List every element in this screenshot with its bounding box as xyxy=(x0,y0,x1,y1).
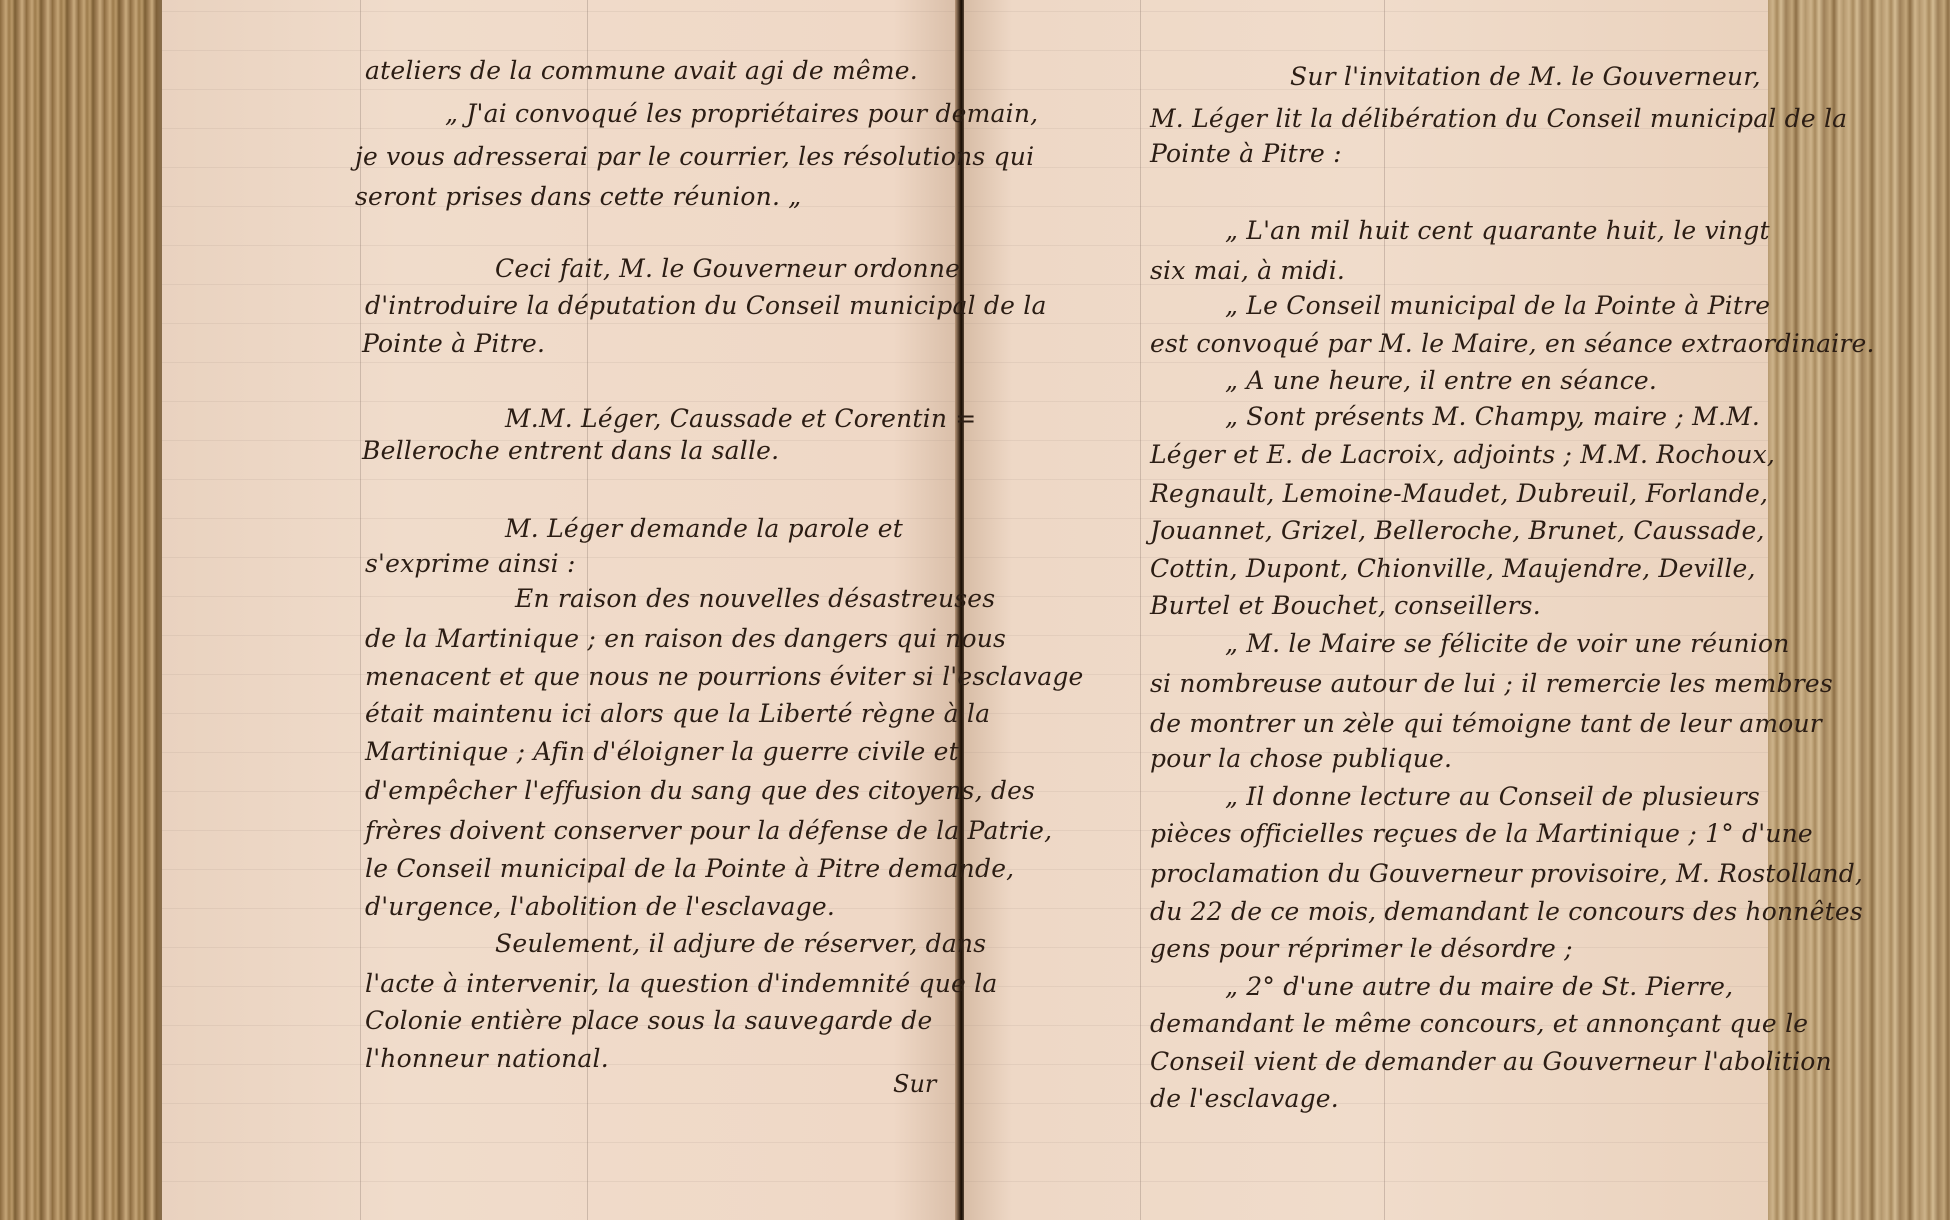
manuscript-line: „ Le Conseil municipal de la Pointe à Pi… xyxy=(1225,287,1770,325)
manuscript-line: Sur l'invitation de M. le Gouverneur, xyxy=(1290,58,1761,96)
manuscript-line: le Conseil municipal de la Pointe à Pitr… xyxy=(365,850,1014,888)
manuscript-line: „ A une heure, il entre en séance. xyxy=(1225,362,1657,400)
manuscript-line: six mai, à midi. xyxy=(1150,252,1345,290)
manuscript-line: „ 2° d'une autre du maire de St. Pierre, xyxy=(1225,968,1733,1006)
manuscript-line: „ J'ai convoqué les propriétaires pour d… xyxy=(445,95,1038,133)
manuscript-line: Belleroche entrent dans la salle. xyxy=(362,432,779,470)
manuscript-line: Jouannet, Grizel, Belleroche, Brunet, Ca… xyxy=(1150,512,1765,550)
manuscript-line: „ L'an mil huit cent quarante huit, le v… xyxy=(1225,212,1770,250)
manuscript-line: En raison des nouvelles désastreuses xyxy=(515,580,995,618)
manuscript-line: pièces officielles reçues de la Martiniq… xyxy=(1150,815,1813,853)
manuscript-line: d'empêcher l'effusion du sang que des ci… xyxy=(365,772,1035,810)
manuscript-line: Seulement, il adjure de réserver, dans xyxy=(495,925,986,963)
manuscript-line: Conseil vient de demander au Gouverneur … xyxy=(1150,1043,1832,1081)
manuscript-line: Colonie entière place sous la sauvegarde… xyxy=(365,1002,933,1040)
manuscript-line: seront prises dans cette réunion. „ xyxy=(355,178,801,216)
manuscript-line: de montrer un zèle qui témoigne tant de … xyxy=(1150,705,1822,743)
manuscript-line: si nombreuse autour de lui ; il remercie… xyxy=(1150,665,1833,703)
manuscript-line: gens pour réprimer le désordre ; xyxy=(1150,930,1573,968)
manuscript-line: s'exprime ainsi : xyxy=(365,545,576,583)
manuscript-line: „ Sont présents M. Champy, maire ; M.M. xyxy=(1225,398,1760,436)
manuscript-line: Pointe à Pitre : xyxy=(1150,135,1342,173)
manuscript-line: Léger et E. de Lacroix, adjoints ; M.M. … xyxy=(1150,436,1775,474)
manuscript-line: proclamation du Gouverneur provisoire, M… xyxy=(1150,855,1863,893)
manuscript-line: Regnault, Lemoine-Maudet, Dubreuil, Forl… xyxy=(1150,475,1768,513)
catchword: Sur xyxy=(893,1070,936,1098)
manuscript-line: de l'esclavage. xyxy=(1150,1080,1339,1118)
manuscript-line: l'acte à intervenir, la question d'indem… xyxy=(365,965,997,1003)
manuscript-line: M. Léger lit la délibération du Conseil … xyxy=(1150,100,1847,138)
manuscript-line: d'introduire la députation du Conseil mu… xyxy=(365,287,1047,325)
manuscript-line: Pointe à Pitre. xyxy=(362,325,545,363)
manuscript-line: de la Martinique ; en raison des dangers… xyxy=(365,620,1006,658)
manuscript-line: pour la chose publique. xyxy=(1150,740,1452,778)
manuscript-line: Martinique ; Afin d'éloigner la guerre c… xyxy=(365,733,959,771)
manuscript-line: est convoqué par M. le Maire, en séance … xyxy=(1150,325,1875,363)
right-margin-rule xyxy=(1140,0,1141,1220)
manuscript-line: demandant le même concours, et annonçant… xyxy=(1150,1005,1808,1043)
manuscript-line: Burtel et Bouchet, conseillers. xyxy=(1150,587,1541,625)
manuscript-line: „ Il donne lecture au Conseil de plusieu… xyxy=(1225,778,1760,816)
manuscript-line: „ M. le Maire se félicite de voir une ré… xyxy=(1225,625,1790,663)
manuscript-line: M. Léger demande la parole et xyxy=(505,510,903,548)
left-page-edges xyxy=(0,0,162,1220)
manuscript-line: l'honneur national. xyxy=(365,1040,609,1078)
manuscript-line: du 22 de ce mois, demandant le concours … xyxy=(1150,893,1863,931)
manuscript-line: ateliers de la commune avait agi de même… xyxy=(365,52,918,90)
manuscript-line: menacent et que nous ne pourrions éviter… xyxy=(365,658,1084,696)
manuscript-line: d'urgence, l'abolition de l'esclavage. xyxy=(365,888,835,926)
manuscript-line: Cottin, Dupont, Chionville, Maujendre, D… xyxy=(1150,550,1756,588)
manuscript-line: Ceci fait, M. le Gouverneur ordonne xyxy=(495,250,960,288)
manuscript-line: était maintenu ici alors que la Liberté … xyxy=(365,695,990,733)
manuscript-line: je vous adresserai par le courrier, les … xyxy=(355,138,1034,176)
manuscript-line: frères doivent conserver pour la défense… xyxy=(365,812,1052,850)
